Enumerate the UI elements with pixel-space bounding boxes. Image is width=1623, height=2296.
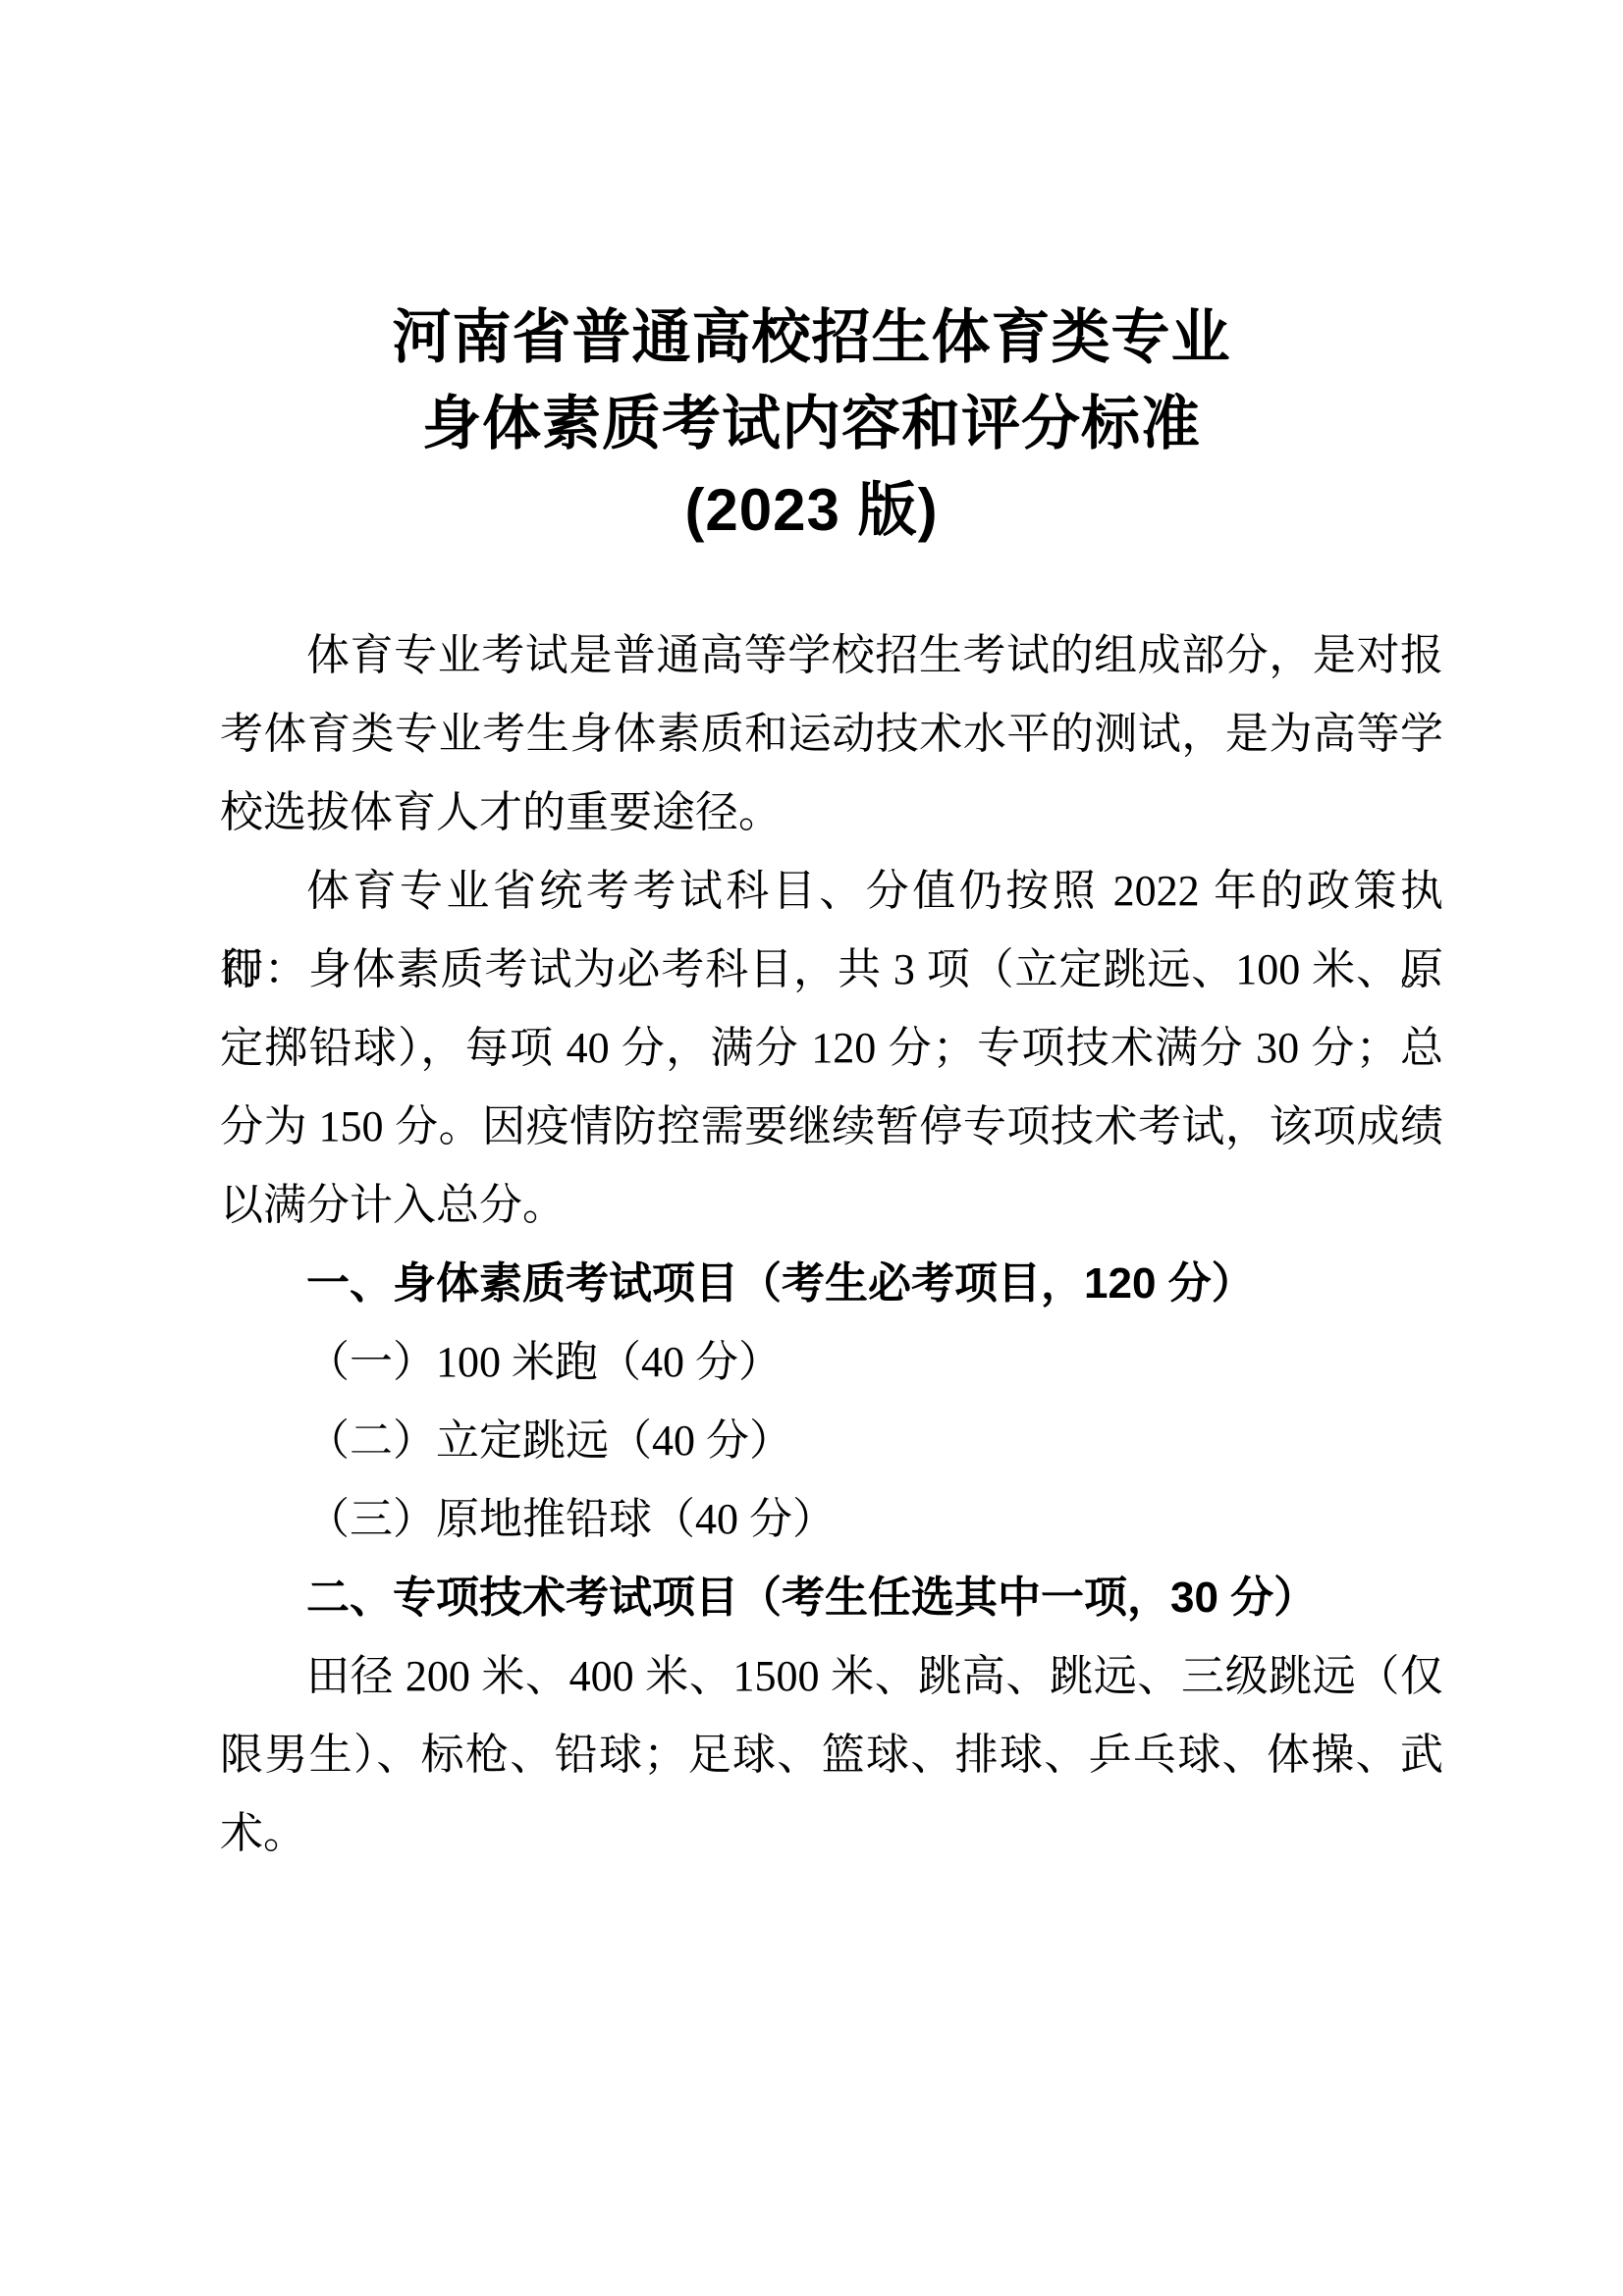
paragraph2-line-2: 即：身体素质考试为必考科目，共 3 项（立定跳远、100 米、原 xyxy=(220,931,1443,1009)
section2-paragraph-line-1: 田径 200 米、400 米、1500 米、跳高、跳远、三级跳远（仅 xyxy=(220,1637,1443,1716)
paragraph1-line-2: 考体育类专业考生身体素质和运动技术水平的测试，是为高等学 xyxy=(220,695,1443,774)
title-line-1: 河南省普通高校招生体育类专业 xyxy=(0,294,1623,381)
section1-item-3: （三）原地推铅球（40 分） xyxy=(220,1480,1443,1559)
paragraph2-line-5: 以满分计入总分。 xyxy=(220,1166,1443,1245)
section2-heading: 二、专项技术考试项目（考生任选其中一项，30 分） xyxy=(220,1559,1443,1637)
paragraph1-line-1: 体育专业考试是普通高等学校招生考试的组成部分，是对报 xyxy=(220,616,1443,695)
title-line-2: 身体素质考试内容和评分标准 xyxy=(0,381,1623,467)
section1-item-2: （二）立定跳远（40 分） xyxy=(220,1402,1443,1480)
section2-paragraph-line-2: 限男生）、标枪、铅球；足球、篮球、排球、乒乓球、体操、武 xyxy=(220,1716,1443,1794)
document-title: 河南省普通高校招生体育类专业 身体素质考试内容和评分标准 (2023 版) xyxy=(0,294,1623,554)
document-page: 河南省普通高校招生体育类专业 身体素质考试内容和评分标准 (2023 版) 体育… xyxy=(0,0,1623,2296)
section1-item-1: （一）100 米跑（40 分） xyxy=(220,1323,1443,1402)
paragraph2-line-4: 分为 150 分。因疫情防控需要继续暂停专项技术考试，该项成绩 xyxy=(220,1088,1443,1166)
title-line-3: (2023 版) xyxy=(0,467,1623,554)
section2-paragraph-line-3: 术。 xyxy=(220,1794,1443,1873)
paragraph1-line-3: 校选拔体育人才的重要途径。 xyxy=(220,774,1443,852)
section1-heading: 一、身体素质考试项目（考生必考项目，120 分） xyxy=(220,1245,1443,1323)
document-body: 体育专业考试是普通高等学校招生考试的组成部分，是对报 考体育类专业考生身体素质和… xyxy=(220,616,1443,1873)
paragraph2-line-1: 体育专业省统考考试科目、分值仍按照 2022 年的政策执行。 xyxy=(220,852,1443,931)
paragraph2-line-3: 定掷铅球），每项 40 分，满分 120 分；专项技术满分 30 分；总 xyxy=(220,1009,1443,1088)
